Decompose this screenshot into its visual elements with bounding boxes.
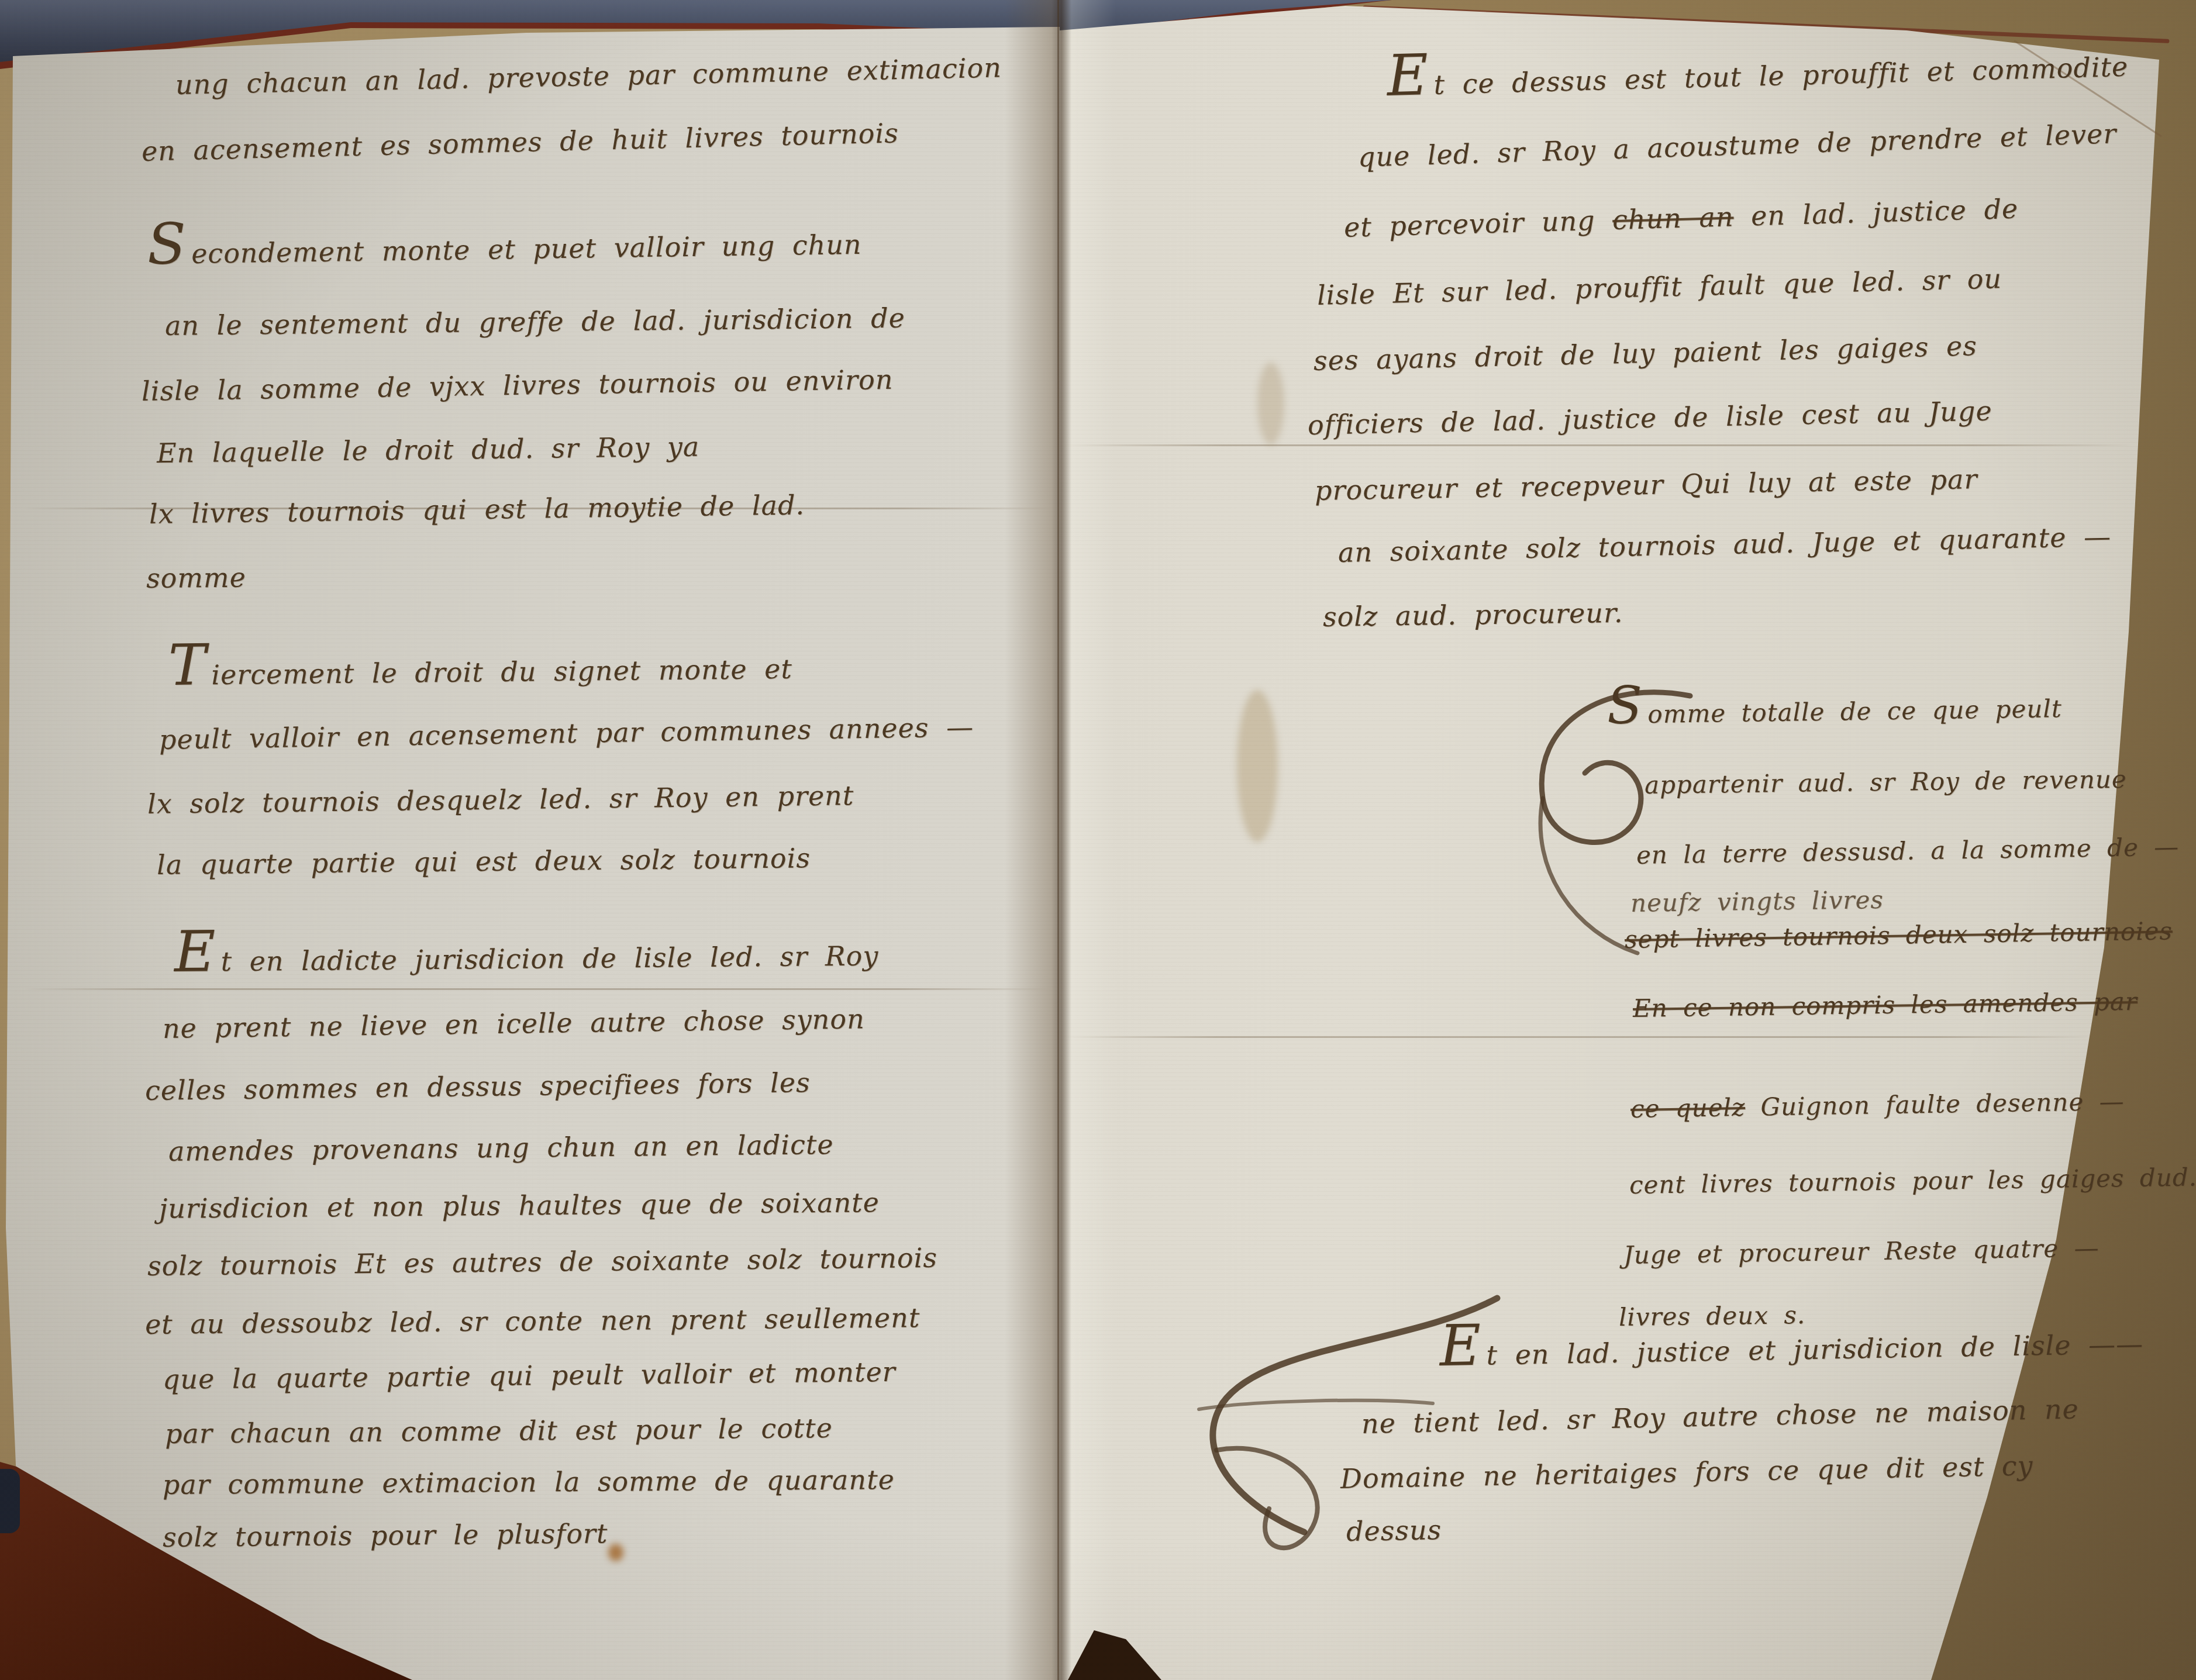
manuscript-line: Et ce dessus est tout le prouffit et com… [1387, 51, 2129, 102]
struck-segment: ce quelz [1630, 1093, 1746, 1123]
manuscript-line: lisle Et sur led. prouffit fault que led… [1316, 263, 2002, 311]
manuscript-line: ses ayans droit de luy paient les gaiges… [1313, 330, 1977, 377]
manuscript-line-struck: En ce non compris les amendes par [1633, 987, 2138, 1023]
manuscript-line: solz aud. procureur. [1323, 597, 1623, 633]
manuscript-line: ce quelz Guignon faulte desenne — [1630, 1087, 2125, 1123]
struck-segment: chun an [1612, 201, 1734, 236]
manuscript-line: cent livres tournois pour les gaiges dud… [1629, 1162, 2196, 1199]
manuscript-photo: ung chacun an lad. prevoste par commune … [0, 0, 2196, 1680]
manuscript-line: Juge et procureur Reste quatre — [1623, 1233, 2100, 1270]
manuscript-line: Domaine ne heritaiges fors ce que dit es… [1340, 1450, 2033, 1495]
manuscript-line: Et en lad. justice et jurisdicion de lis… [1440, 1328, 2144, 1372]
manuscript-line: an soixante solz tournois aud. Juge et q… [1337, 520, 2111, 568]
manuscript-line: neufz vingts livres [1630, 885, 1884, 917]
manuscript-line: procureur et recepveur Qui luy at este p… [1315, 463, 1978, 506]
manuscript-line: que led. sr Roy a acoustume de prendre e… [1357, 118, 2117, 173]
manuscript-line: dessus [1346, 1514, 1442, 1547]
manuscript-line-struck: sept livres tournois deux solz tournoies [1625, 916, 2173, 954]
manuscript-line: en la terre dessusd. a la somme de — [1636, 832, 2180, 870]
manuscript-line: et percevoir ung chun an en lad. justice… [1343, 193, 2019, 243]
manuscript-line: appartenir aud. sr Roy de revenue [1645, 765, 2127, 799]
manuscript-line: Somme totalle de ce que peult [1607, 694, 2062, 729]
manuscript-line: livres deux s. [1619, 1300, 1806, 1331]
binding-blue-fragment-bottom-left [0, 1469, 20, 1533]
line-segment: en lad. justice de [1733, 193, 2019, 233]
line-segment: Guignon faulte desenne — [1745, 1087, 2125, 1122]
right-page-text: Et ce dessus est tout le prouffit et com… [0, 0, 2196, 1680]
line-segment: et percevoir ung [1343, 204, 1613, 243]
manuscript-line: officiers de lad. justice de lisle cest … [1307, 395, 1992, 441]
manuscript-line: ne tient led. sr Roy autre chose ne mais… [1361, 1393, 2079, 1440]
